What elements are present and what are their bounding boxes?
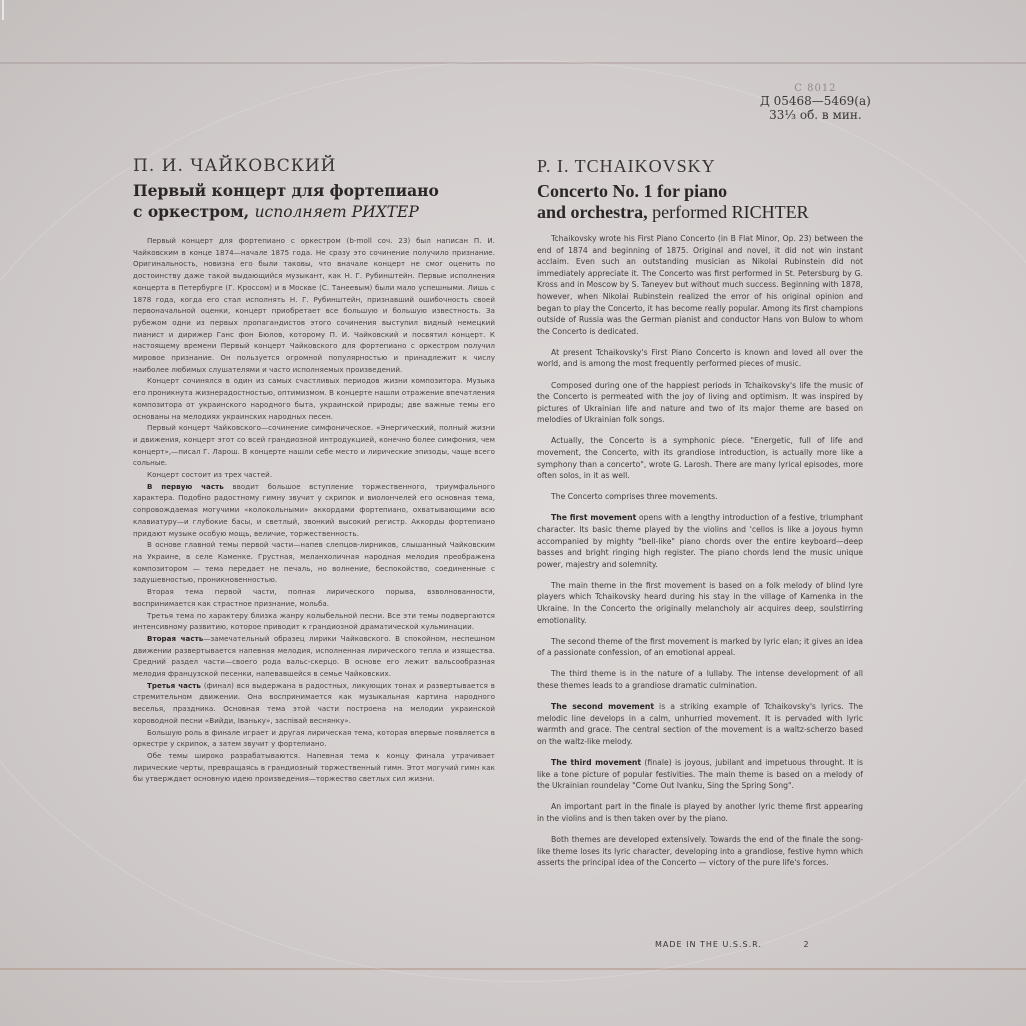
paragraph-text: The Concerto comprises three movements. [551, 492, 718, 501]
record-sleeve-back: С 8012 Д 05468—5469(а) 33⅓ об. в мин. П.… [0, 0, 1026, 1026]
work-title-ru-line1: Первый концерт для фортепиано [133, 180, 495, 201]
paragraph-text: Composed during one of the happiest peri… [537, 381, 863, 425]
paragraph-text: The third theme is in the nature of a lu… [537, 669, 863, 690]
movement-heading: Третья часть [147, 681, 201, 690]
liner-notes-ru: Первый концерт для фортепиано с оркестро… [133, 235, 495, 785]
liner-paragraph: В основе главной темы первой части—напев… [133, 539, 495, 586]
movement-heading: The first movement [551, 513, 636, 522]
made-in-label: MADE IN THE U.S.S.R. [655, 940, 762, 949]
paragraph-text: Большую роль в финале играет и другая ли… [133, 728, 495, 749]
paragraph-text: Первый концерт Чайковского—сочинение сим… [133, 423, 495, 467]
liner-paragraph: An important part in the finale is playe… [537, 801, 863, 824]
sleeve-crease-top [0, 62, 1026, 64]
work-title-en-line1: Concerto No. 1 for piano [537, 181, 863, 202]
paragraph-text: Третья тема по характеру близка жанру ко… [133, 611, 495, 632]
liner-paragraph: В первую часть вводит большое вступление… [133, 481, 495, 540]
liner-paragraph: The main theme in the first movement is … [537, 580, 863, 626]
movement-heading: The third movement [551, 758, 641, 767]
liner-paragraph: Концерт состоит из трех частей. [133, 469, 495, 481]
composer-name-en: P. I. TCHAIKOVSKY [537, 156, 863, 177]
paragraph-text: The main theme in the first movement is … [537, 581, 863, 625]
liner-paragraph: Tchaikovsky wrote his First Piano Concer… [537, 233, 863, 337]
catalog-number: Д 05468—5469(а) [760, 94, 871, 108]
paragraph-text: At present Tchaikovsky's First Piano Con… [537, 348, 863, 369]
liner-paragraph: The third movement (finale) is joyous, j… [537, 757, 863, 792]
liner-paragraph: Обе темы широко разрабатываются. Напевна… [133, 750, 495, 785]
paragraph-text: Концерт состоит из трех частей. [147, 470, 272, 479]
liner-paragraph: Третья тема по характеру близка жанру ко… [133, 610, 495, 633]
paragraph-text: Обе темы широко разрабатываются. Напевна… [133, 751, 495, 783]
movement-heading: В первую часть [147, 482, 224, 491]
english-column: P. I. TCHAIKOVSKY Concerto No. 1 for pia… [537, 156, 863, 878]
paragraph-text: Both themes are developed extensively. T… [537, 835, 863, 867]
paragraph-text: В основе главной темы первой части—напев… [133, 540, 495, 584]
paragraph-text: Концерт сочинялся в один из самых счастл… [133, 376, 495, 420]
liner-paragraph: The second movement is a striking exampl… [537, 701, 863, 747]
liner-paragraph: Both themes are developed extensively. T… [537, 834, 863, 869]
liner-paragraph: The second theme of the first movement i… [537, 636, 863, 659]
work-title-ru-line2: с оркестром, исполняет РИХТЕР [133, 201, 495, 223]
liner-paragraph: Концерт сочинялся в один из самых счастл… [133, 375, 495, 422]
liner-paragraph: At present Tchaikovsky's First Piano Con… [537, 347, 863, 370]
liner-paragraph: The third theme is in the nature of a lu… [537, 668, 863, 691]
liner-notes-en: Tchaikovsky wrote his First Piano Concer… [537, 233, 863, 869]
performer-ru: исполняет РИХТЕР [255, 203, 419, 221]
liner-paragraph: Вторая часть—замечательный образец лирик… [133, 633, 495, 680]
performer-en: performed RICHTER [652, 202, 808, 222]
liner-paragraph: Третья часть (финал) вся выдержана в рад… [133, 680, 495, 727]
work-title-en-line2: and orchestra, performed RICHTER [537, 202, 863, 223]
sleeve-edge-highlight [2, 0, 4, 20]
liner-paragraph: The Concerto comprises three movements. [537, 491, 863, 503]
movement-heading: The second movement [551, 702, 654, 711]
liner-paragraph: Первый концерт Чайковского—сочинение сим… [133, 422, 495, 469]
paragraph-text: The second theme of the first movement i… [537, 637, 863, 658]
movement-heading: Вторая часть [147, 634, 203, 643]
page-number: 2 [804, 940, 810, 949]
paragraph-text: Первый концерт для фортепиано с оркестро… [133, 236, 495, 374]
catalog-info: С 8012 Д 05468—5469(а) 33⅓ об. в мин. [760, 82, 871, 122]
liner-paragraph: Actually, the Concerto is a symphonic pi… [537, 435, 863, 481]
liner-paragraph: Первый концерт для фортепиано с оркестро… [133, 235, 495, 375]
liner-paragraph: The first movement opens with a lengthy … [537, 512, 863, 570]
liner-paragraph: Большую роль в финале играет и другая ли… [133, 727, 495, 750]
sleeve-crease-bottom [0, 968, 1026, 970]
paragraph-text: Вторая тема первой части, полная лиричес… [133, 587, 495, 608]
work-title-ru-bold: с оркестром, [133, 202, 249, 221]
russian-column: П. И. ЧАЙКОВСКИЙ Первый концерт для форт… [133, 156, 495, 785]
paragraph-text: Tchaikovsky wrote his First Piano Concer… [537, 234, 863, 336]
paragraph-text: An important part in the finale is playe… [537, 802, 863, 823]
work-title-en-bold: and orchestra, [537, 202, 648, 222]
footer: MADE IN THE U.S.S.R. 2 [655, 940, 810, 949]
liner-paragraph: Composed during one of the happiest peri… [537, 380, 863, 426]
paragraph-text: Actually, the Concerto is a symphonic pi… [537, 436, 863, 480]
playback-speed: 33⅓ об. в мин. [760, 108, 871, 122]
composer-name-ru: П. И. ЧАЙКОВСКИЙ [133, 156, 495, 176]
liner-paragraph: Вторая тема первой части, полная лиричес… [133, 586, 495, 609]
